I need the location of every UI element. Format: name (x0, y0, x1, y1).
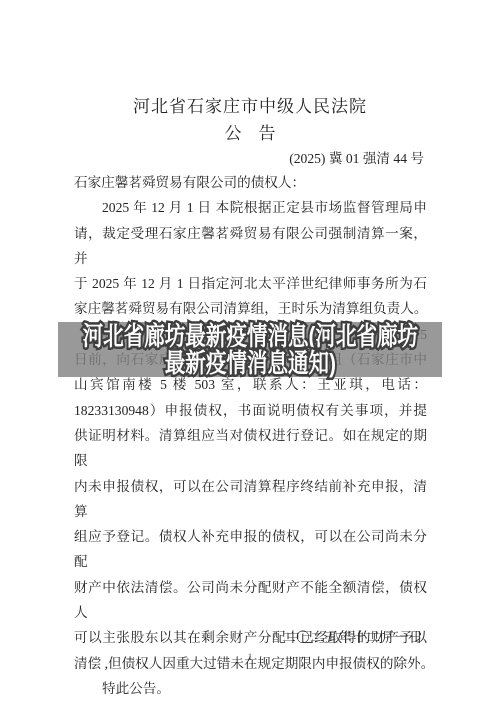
notice-line: 于 2025 年 12 月 1 日指定河北太平洋世纪律师事务所为石 (74, 271, 427, 296)
court-notice-document: 河北省石家庄市中级人民法院 公 告 (2025) 冀 01 强清 44 号 石家… (0, 0, 500, 706)
notice-body: 石家庄馨茗舜贸易有限公司的债权人：2025 年 12 月 1 日 本院根据正定县… (74, 170, 427, 701)
watermark-overlay: 河北省廊坊最新疫情消息(河北省廊坊 最新疫情消息通知) (58, 322, 442, 377)
notice-date: 二〇二五年十二月一日 (282, 626, 423, 646)
notice-line: 组应予登记。债权人补充申报的债权，可以在公司尚未分配 (74, 524, 427, 575)
notice-line: 财产中依法清偿。公司尚未分配财产不能全额清偿，债权人 (74, 575, 427, 626)
watermark-title-line-1: 河北省廊坊最新疫情消息(河北省廊坊 (82, 323, 417, 350)
notice-heading: 公 告 (0, 119, 500, 144)
notice-line: 家庄馨茗舜贸易有限公司清算组，王时乐为清算组负责人。 (74, 296, 427, 321)
notice-line: 供证明材料。清算组应当对债权进行登记。如在规定的期限 (74, 423, 427, 474)
notice-line: 请，裁定受理石家庄馨茗舜贸易有限公司强制清算一案，并 (74, 221, 427, 272)
notice-line: 2025 年 12 月 1 日 本院根据正定县市场监督管理局申 (74, 195, 427, 220)
case-number: (2025) 冀 01 强清 44 号 (289, 147, 424, 167)
notice-line: 内未申报债权，可以在公司清算程序终结前补充申报，清算 (74, 474, 427, 525)
salutation-line: 石家庄馨茗舜贸易有限公司的债权人： (74, 170, 427, 195)
closing-line: 特此公告。 (74, 676, 427, 701)
court-title: 河北省石家庄市中级人民法院 (0, 92, 500, 117)
notice-line: 18233130948）申报债权，书面说明债权有关事项，并提 (74, 398, 427, 423)
watermark-title-line-2: 最新疫情消息通知) (164, 350, 335, 377)
page-number: 1 (0, 652, 500, 662)
